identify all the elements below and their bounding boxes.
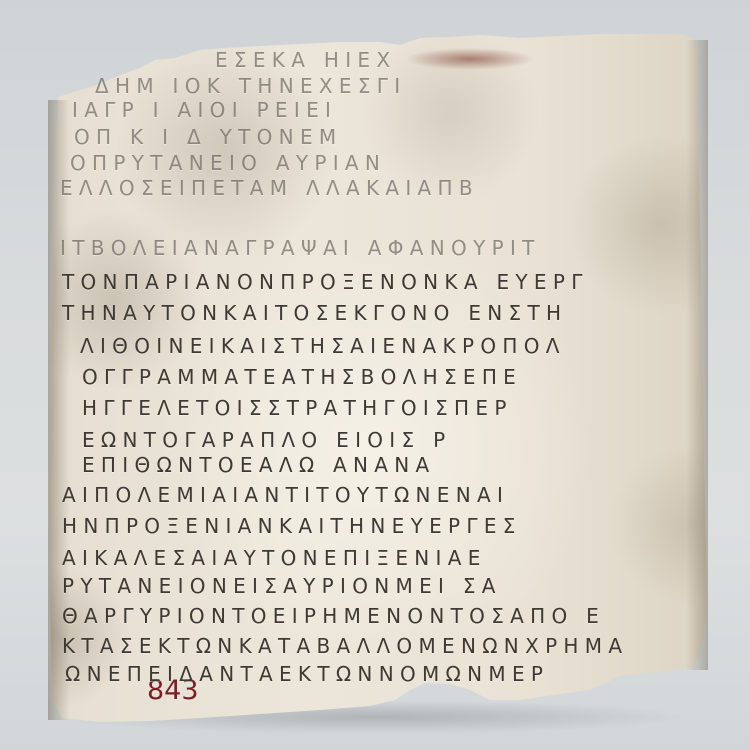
inscription-line: ΗΝΠΡΟΞΕΝΙΑΝΚΑΙΤΗΝΕΥΕΡΓΕΣ [62,516,522,536]
inscription-line: ΤΗΝΑΥΤΟΝΚΑΙΤΟΣΕΚΓΟΝΟ ΕΝΣΤΗ [62,303,567,323]
inscription-line: ΟΠΡΥΤΑΝΕΙΟ ΑΥΡΙΑΝ [70,153,386,173]
inscription-line: ΙΑΓΡ Ι ΑΙΟΙ ΡΕΙΕΙ [72,100,337,120]
inscription-line: ΑΙΠΟΛΕΜΙΑΙΑΝΤΙΤΟΥΤΩΝΕΝΑΙ [62,485,509,505]
inscription-line: ΤΟΝΠΑΡΙΑΝΟΝΠΡΟΞΕΝΟΝΚΑ ΕΥΕΡΓ [62,272,589,292]
inscription-line: ΗΓΓΕΛΕΤΟΙΣΣΤΡΑΤΗΓΟΙΣΠΕΡ [82,398,513,418]
inscription-line: ΙΤΒΟΛΕΙΑΝΑΓΡΑΨΑΙ ΑΦΑΝΟΥΡΙΤ [60,238,541,258]
inscription-line: ΚΤΑΣΕΚΤΩΝΚΑΤΑΒΑΛΛΟΜΕΝΩΝΧΡΗΜΑ [62,636,628,656]
inscription-line: ΔΗΜ ΙΟΚ ΤΗΝΕΧΕΣΓΙ [95,76,406,96]
stone-right-edge-shading [686,40,708,670]
inscription-line: ΟΠ Κ Ι Δ ΥΤΟΝΕΜ [74,127,342,147]
inscription-line: ΟΓΓΡΑΜΜΑΤΕΑΤΗΣΒΟΛΗΣΕΠΕ [82,367,522,387]
inscription-line: ΡΥΤΑΝΕΙΟΝΕΙΣΑΥΡΙΟΝΜΕΙ ΣΑ [62,576,502,596]
inscription-line: ΕΛΛΟΣΕΙΠΕΤΑΜ ΛΛΑΚΑΙΑΠΒ [60,178,479,198]
inscription-line: ΕΩΝΤΟΓΑΡΑΠΛΟ ΕΙΟΙΣ Ρ [82,430,451,450]
inscription-line: ΘΑΡΓΥΡΙΟΝΤΟΕΙΡΗΜΕΝΟΝΤΟΣΑΠΟ Ε [62,606,605,626]
inscription-line: ΩΝΕΠΕΙΔΑΝΤΑΕΚΤΩΝΝΟΜΩΝΜΕΡ [65,664,549,684]
red-pigment-stain [405,48,535,70]
inscription-line: ΕΠΙΘΩΝΤΟΕΑΛΩ ΑΝΑΝΑ [82,455,436,475]
inscription-line: ΛΙΘΟΙΝΕΙΚΑΙΣΤΗΣΑΙΕΝΑΚΡΟΠΟΛ [80,336,566,356]
inscription-line: ΕΣΕΚΑ ΗΙΕΧ [215,50,396,70]
inscription-line: ΑΙΚΑΛΕΣΑΙΑΥΤΟΝΕΠΙΞΕΝΙΑΕ [62,548,487,568]
